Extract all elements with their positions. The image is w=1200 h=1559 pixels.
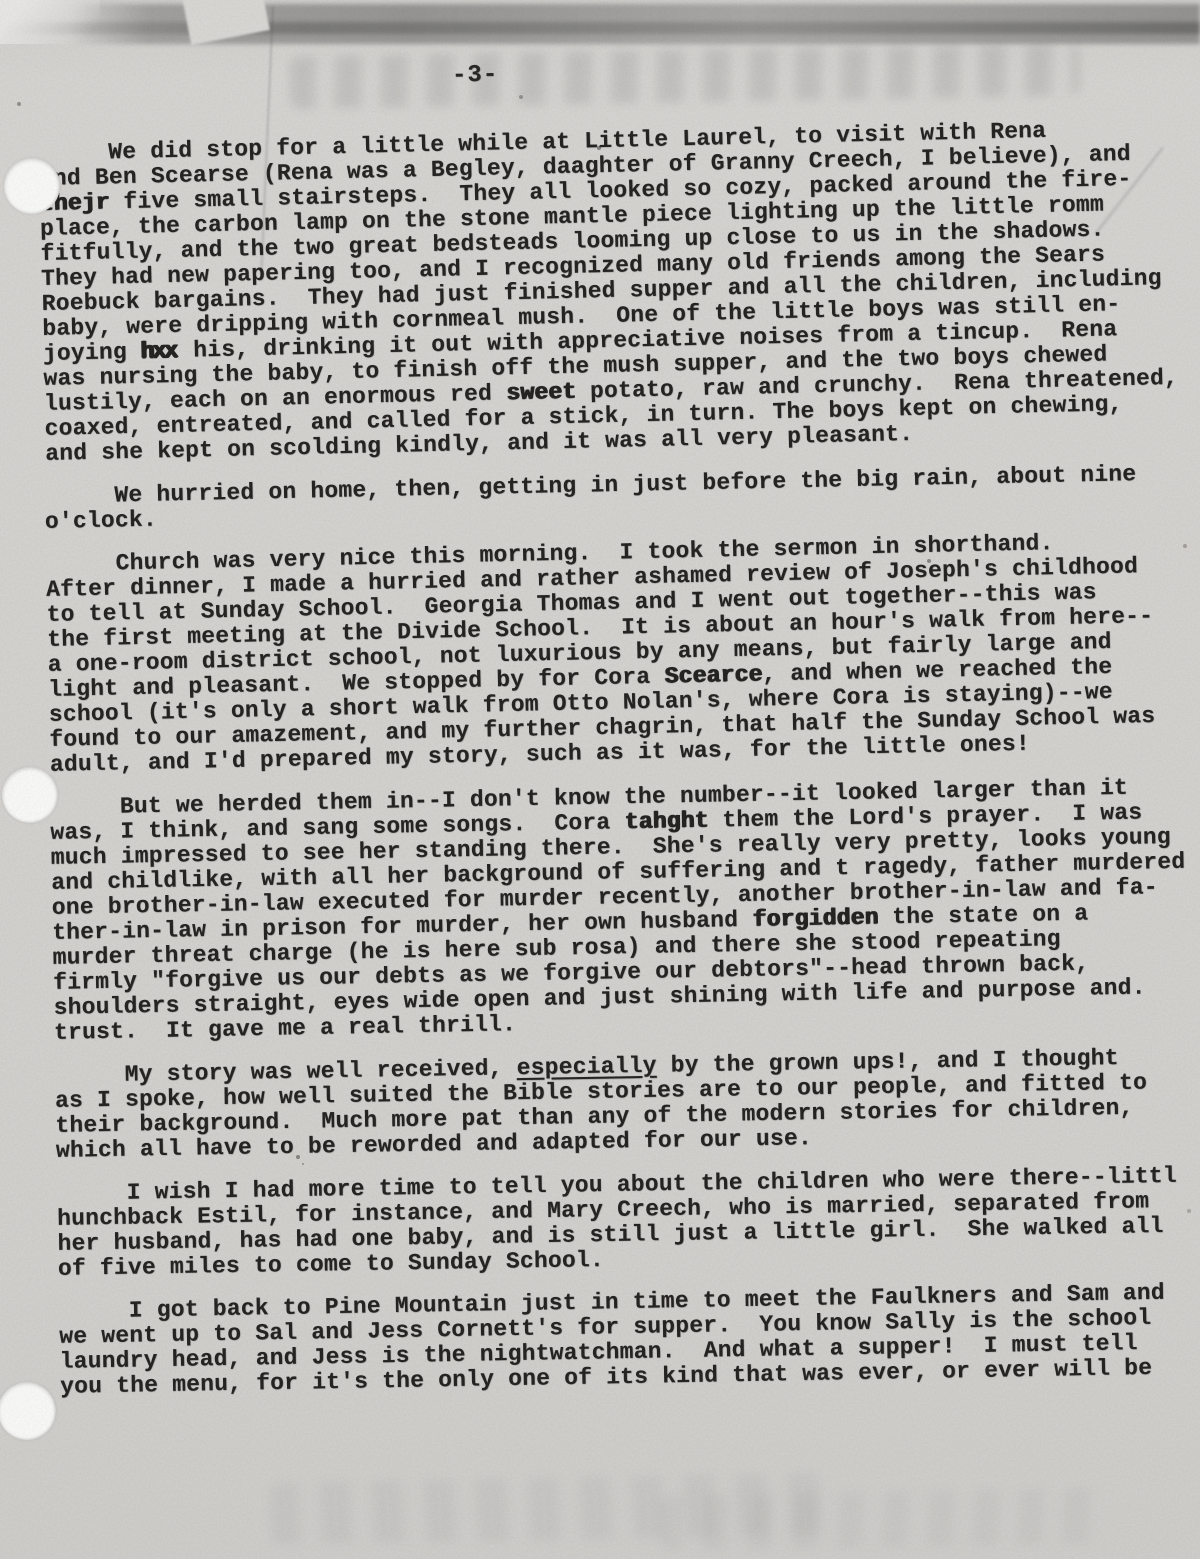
scan-edge-band-dark (0, 22, 1200, 34)
page-number: -3- (452, 62, 499, 90)
paragraph: We hurried on home, then, getting in jus… (44, 461, 1200, 535)
underlined-text: especially (516, 1053, 656, 1081)
paragraph: Church was very nice this morning. I too… (45, 528, 1200, 778)
paragraph: We did stop for a little while at Little… (38, 115, 1200, 467)
overtyped-text: Scearce (664, 661, 763, 689)
overtyped-text: tahght (624, 808, 708, 836)
paragraph: I got back to Pine Mountain just in time… (59, 1280, 1200, 1400)
ink-ghost-smudge-bottom-2 (660, 1488, 1101, 1551)
paragraph: My story was well received, especially b… (54, 1044, 1200, 1163)
ink-ghost-smudge-top (290, 43, 1081, 109)
scanned-letter-page: -3- We did stop for a little while at Li… (0, 0, 1200, 1559)
punch-hole-top (4, 158, 60, 214)
overtyped-text: sweet (506, 379, 577, 407)
punch-hole-middle (2, 767, 58, 823)
torn-corner-highlight (0, 0, 100, 44)
document-body: We did stop for a little while at Little… (38, 121, 1200, 1417)
overtyped-text: forgidden (752, 904, 878, 932)
paragraph: But we herded them in--I don't know the … (50, 774, 1200, 1046)
paragraph: I wish I had more time to tell you about… (57, 1163, 1200, 1282)
struck-over-text: hxx (141, 338, 177, 365)
punch-hole-bottom (0, 1382, 56, 1440)
ink-specks (0, 0, 2, 2)
